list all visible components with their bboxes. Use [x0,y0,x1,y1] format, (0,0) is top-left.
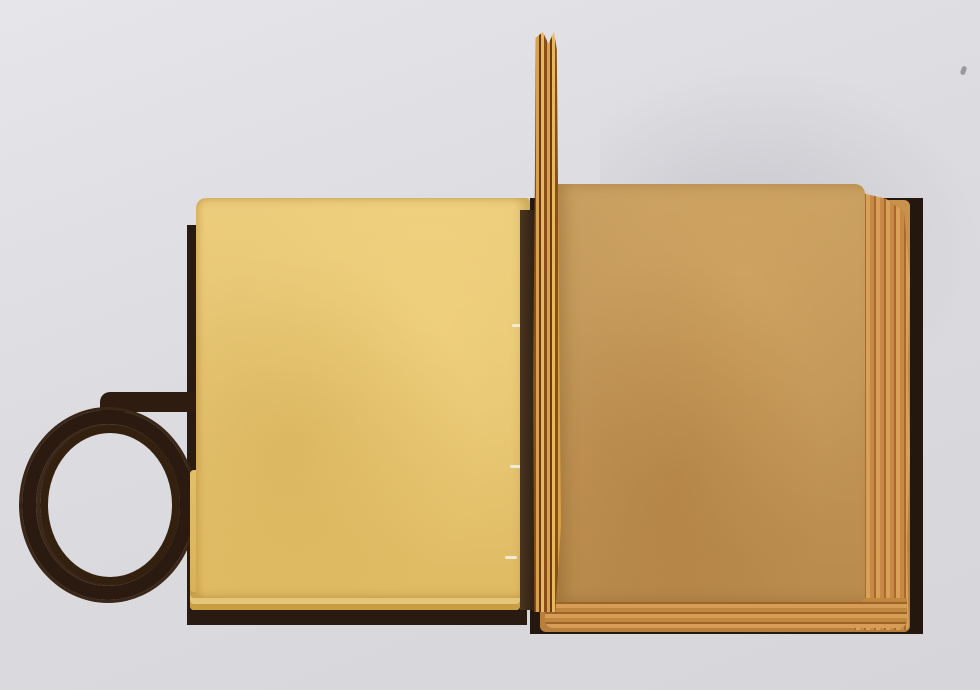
right-bottom-deckle-edges [545,598,907,628]
leather-strap-tail [100,392,210,412]
binding-stitch [505,556,517,559]
standing-page [533,32,561,612]
left-page [196,198,530,598]
journal-photo [0,0,980,690]
right-page [555,184,865,602]
leather-strap-inner-coil [40,425,180,585]
